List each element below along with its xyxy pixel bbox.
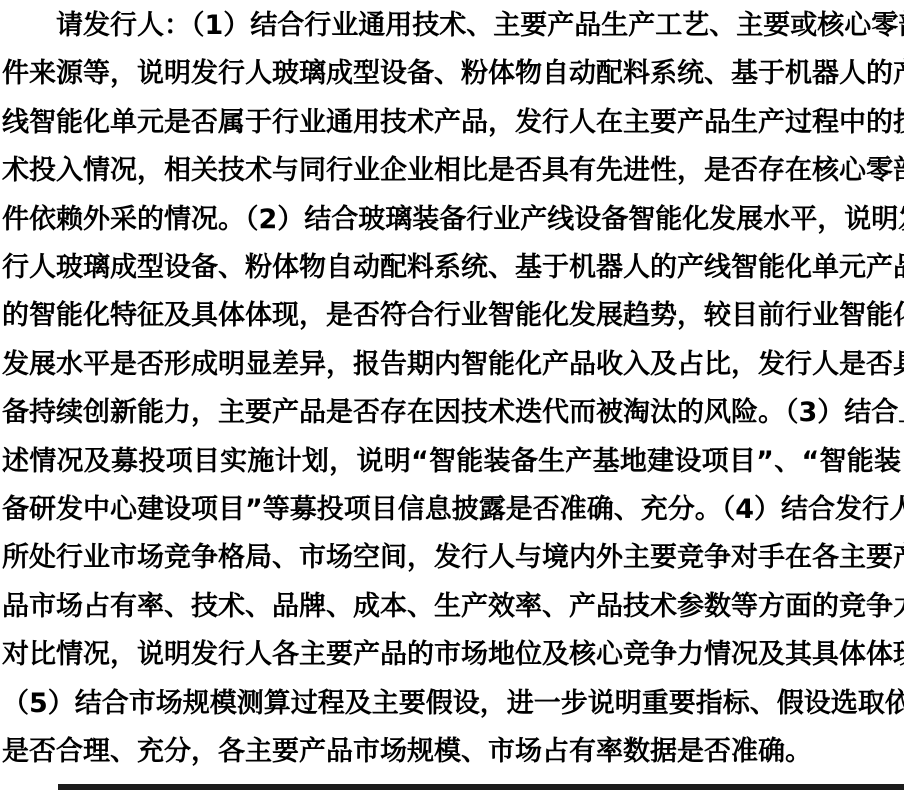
paragraph-line: 是否合理、充分，各主要产品市场规模、市场占有率数据是否准确。 — [2, 728, 901, 776]
inquiry-paragraph: 请发行人：（1）结合行业通用技术、主要产品生产工艺、主要或核心零部 件来源等，说… — [2, 2, 901, 777]
paragraph-line: 术投入情况，相关技术与同行业企业相比是否具有先进性，是否存在核心零部 — [2, 147, 901, 195]
paragraph-line: 行人玻璃成型设备、粉体物自动配料系统、基于机器人的产线智能化单元产品 — [2, 244, 901, 292]
paragraph-line: 件依赖外采的情况。（2）结合玻璃装备行业产线设备智能化发展水平，说明发 — [2, 196, 901, 244]
paragraph-line: 件来源等，说明发行人玻璃成型设备、粉体物自动配料系统、基于机器人的产 — [2, 50, 901, 98]
paragraph-line: 发展水平是否形成明显差异，报告期内智能化产品收入及占比，发行人是否具 — [2, 341, 901, 389]
paragraph-line: 品市场占有率、技术、品牌、成本、生产效率、产品技术参数等方面的竞争力 — [2, 583, 901, 631]
bottom-divider-bar — [58, 784, 904, 790]
paragraph-line: 线智能化单元是否属于行业通用技术产品，发行人在主要产品生产过程中的技 — [2, 99, 901, 147]
paragraph-line: 备研发中心建设项目”等募投项目信息披露是否准确、充分。（4）结合发行人 — [2, 486, 901, 534]
paragraph-line: 所处行业市场竞争格局、市场空间，发行人与境内外主要竞争对手在各主要产 — [2, 534, 901, 582]
paragraph-line: 述情况及募投项目实施计划，说明“智能装备生产基地建设项目”、“智能装 — [2, 438, 901, 486]
paragraph-line: 备持续创新能力，主要产品是否存在因技术迭代而被淘汰的风险。（3）结合上 — [2, 389, 901, 437]
paragraph-line: 的智能化特征及具体体现，是否符合行业智能化发展趋势，较目前行业智能化 — [2, 292, 901, 340]
paragraph-line: 对比情况，说明发行人各主要产品的市场地位及核心竞争力情况及其具体体现。 — [2, 631, 901, 679]
document-page: 请发行人：（1）结合行业通用技术、主要产品生产工艺、主要或核心零部 件来源等，说… — [0, 0, 904, 790]
paragraph-line: （5）结合市场规模测算过程及主要假设，进一步说明重要指标、假设选取依据 — [2, 680, 901, 728]
paragraph-line: 请发行人：（1）结合行业通用技术、主要产品生产工艺、主要或核心零部 — [2, 2, 901, 50]
